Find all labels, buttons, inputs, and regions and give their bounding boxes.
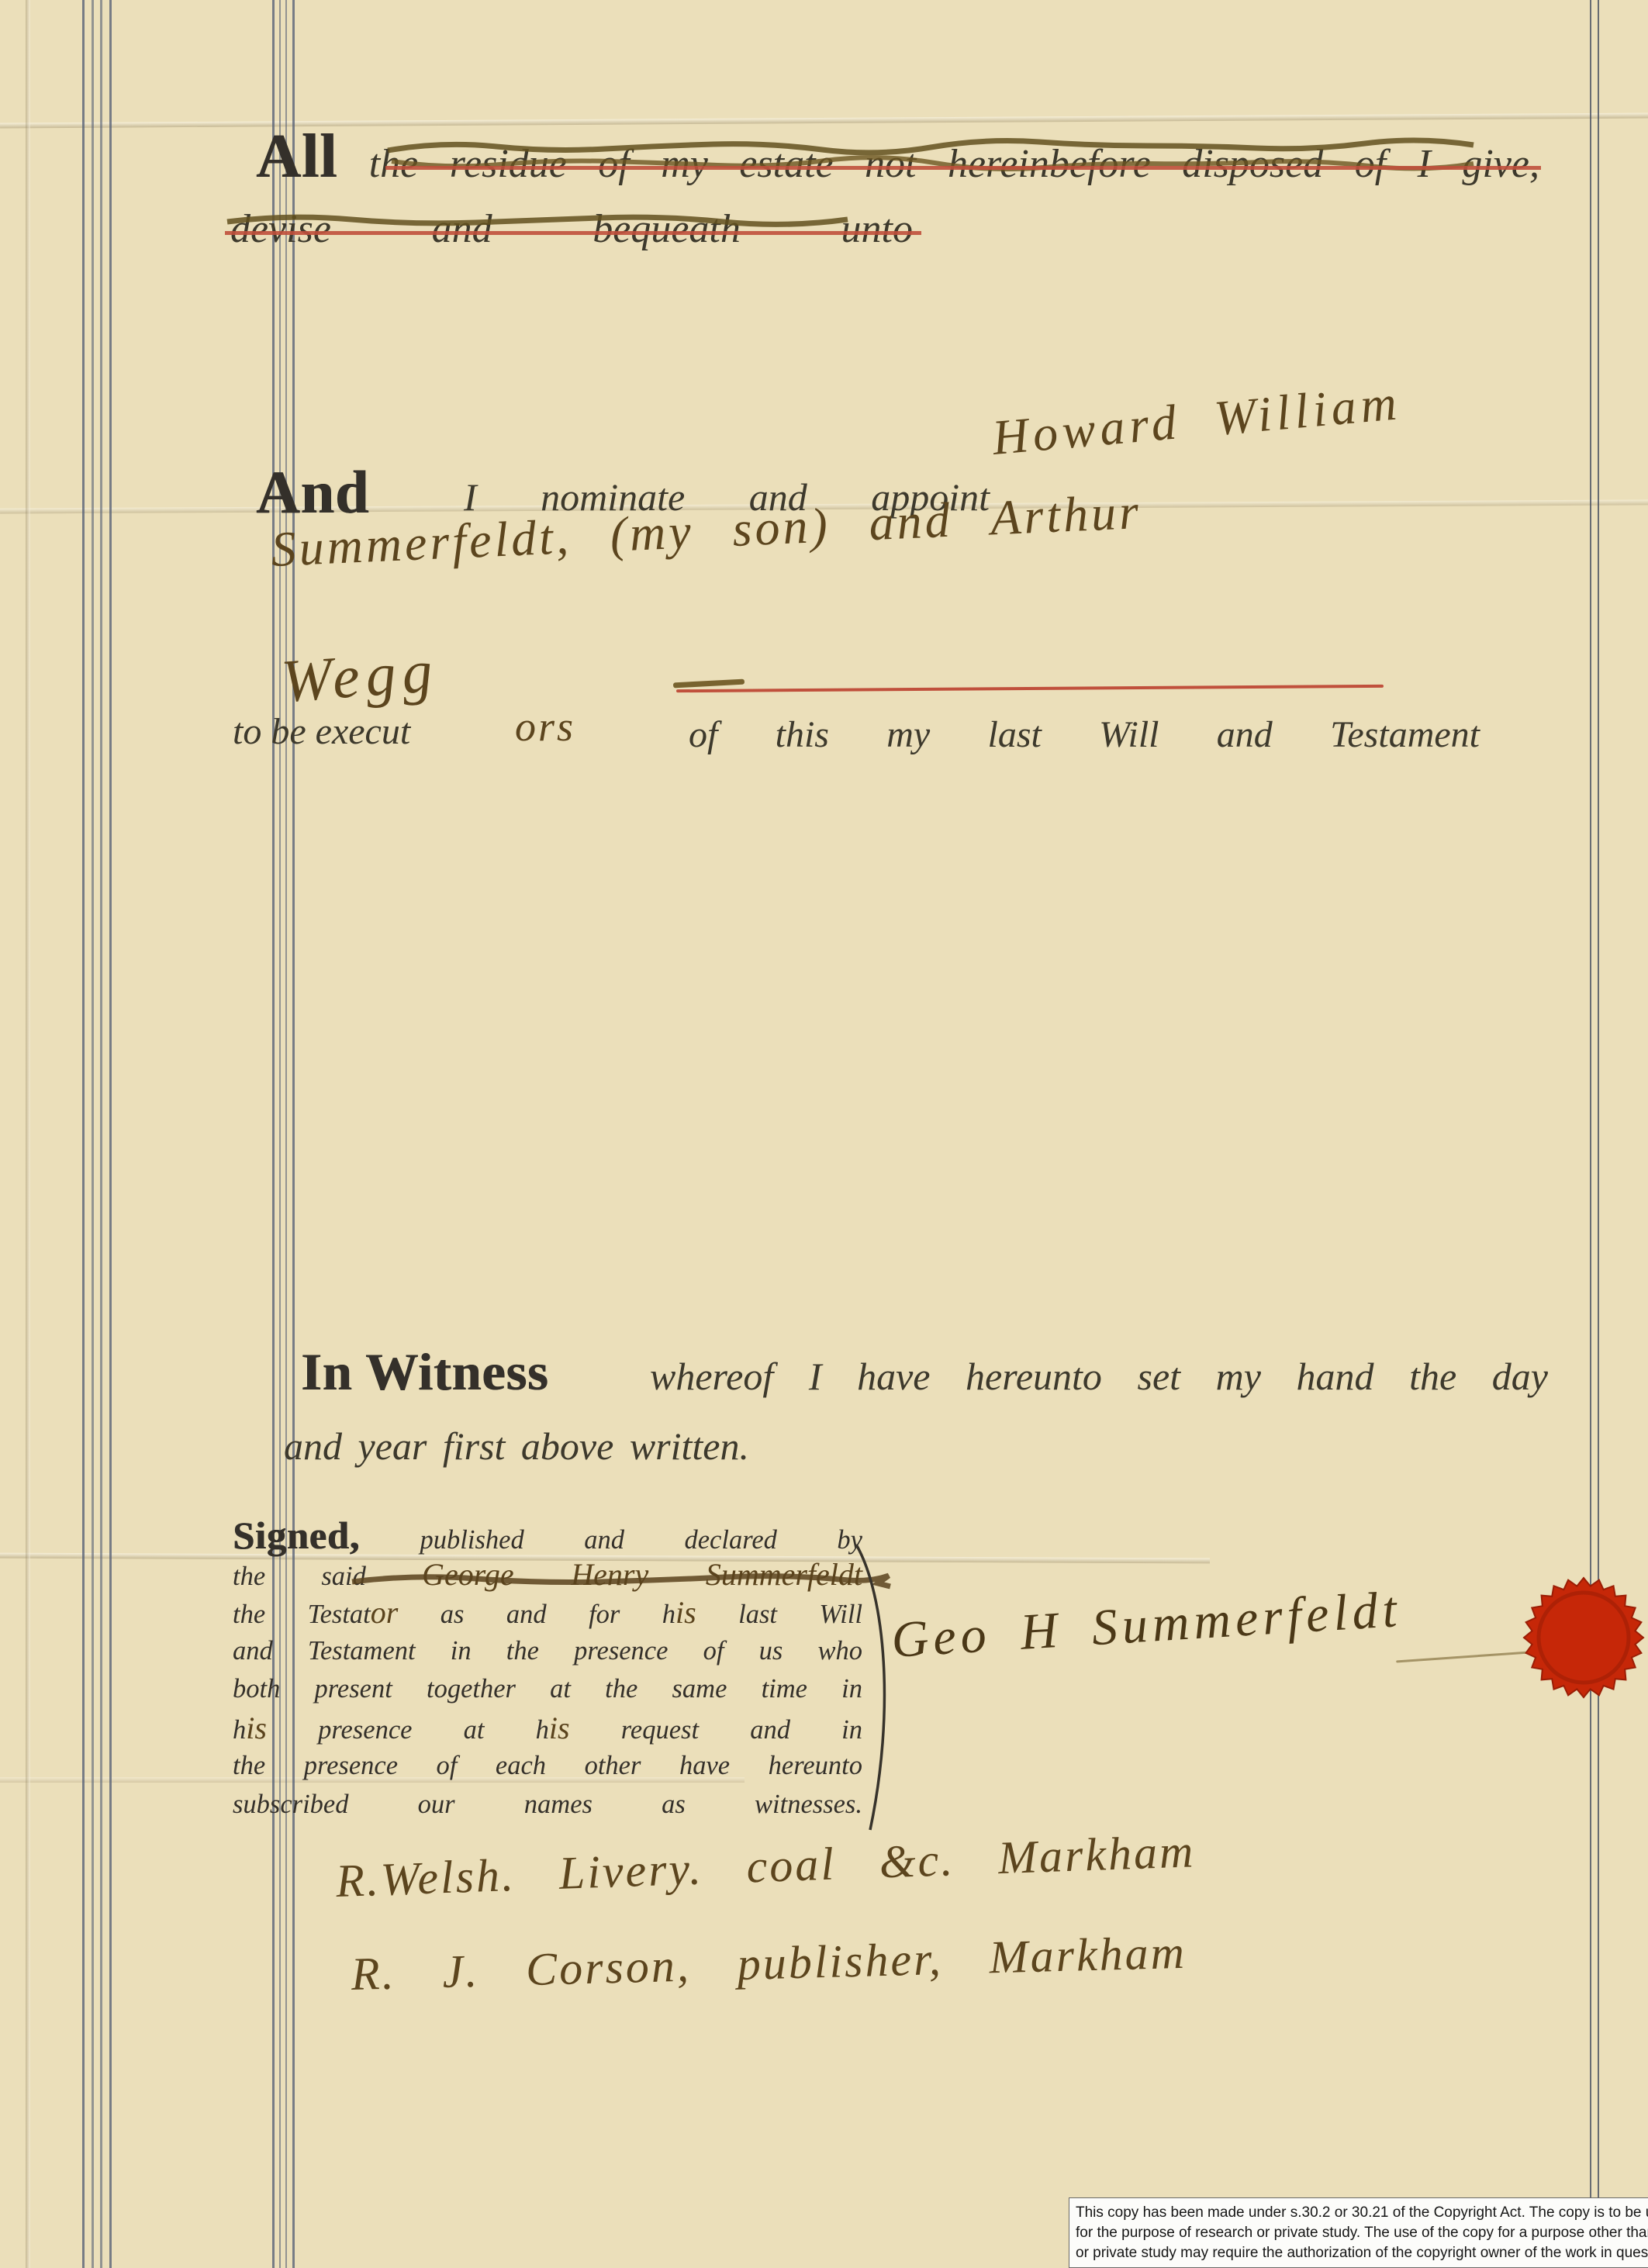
handwritten-executor-name-1: Howard William <box>990 374 1404 467</box>
in-witness-rest: whereof I have hereunto set my hand the … <box>650 1351 1548 1402</box>
attest-l8: subscribed our names as witnesses. <box>233 1790 862 1819</box>
stripe-line <box>100 0 102 2268</box>
ink-strikethrough-line1 <box>384 138 1547 177</box>
attestation-block: Signed, published and declared by the sa… <box>233 1517 862 1824</box>
attest-l4: and Testament in the presence of us who <box>233 1636 862 1666</box>
stripe-line <box>279 0 281 2268</box>
attest-l6e: request and in <box>621 1715 862 1745</box>
executors-prefix: to be execut <box>233 710 410 753</box>
witness-signature-2: R. J. Corson, publisher, Markham <box>351 1926 1187 2001</box>
copyright-stamp-line3: or private study may require the authori… <box>1076 2243 1642 2263</box>
attestation-line-1: Signed, published and declared by <box>233 1517 862 1555</box>
copyright-stamp-line1: This copy has been made under s.30.2 or … <box>1076 2203 1642 2223</box>
copyright-stamp: This copy has been made under s.30.2 or … <box>1069 2197 1648 2268</box>
ink-strikethrough-testator-name <box>349 1566 892 1594</box>
red-fill-line-after-wegg <box>676 685 1384 692</box>
attest-l6a: h <box>233 1715 246 1745</box>
attestation-line-4: and Testament in the presence of us who <box>233 1632 862 1671</box>
stripe-line <box>285 0 287 2268</box>
red-strike-line1 <box>385 166 1541 170</box>
attestation-line-7: the presence of each other have hereunto <box>233 1747 862 1786</box>
red-strike-line2 <box>225 231 921 235</box>
red-wax-seal <box>1520 1574 1647 1701</box>
attest-l3d-hw: is <box>675 1595 696 1630</box>
attest-l6d-hw: is <box>549 1710 570 1745</box>
stripe-line <box>292 0 295 2268</box>
lead-words-in-witness: In Witness <box>301 1341 548 1403</box>
lead-word-all: All <box>256 123 337 191</box>
will-document-page: All the residue of my estate not hereinb… <box>0 0 1648 2268</box>
copyright-stamp-line2: for the purpose of research or private s… <box>1076 2223 1642 2243</box>
attestation-line-3: the Testator as and for his last Will <box>233 1593 862 1632</box>
lead-word-signed: Signed, <box>233 1514 360 1557</box>
executors-rest-span: of this my last Will and Testament <box>689 714 1480 755</box>
attest-l6c: presence at h <box>318 1715 549 1745</box>
stripe-line <box>1598 0 1599 2268</box>
ink-dash-after-wegg <box>673 679 745 689</box>
stripe-line <box>1590 0 1591 2268</box>
attest-l3b-hw: or <box>371 1595 399 1630</box>
stripe-line <box>272 0 275 2268</box>
testator-signature: Geo H Summerfeldt <box>890 1580 1403 1670</box>
executors-handwritten-ors: ors <box>515 702 575 751</box>
ink-strikethrough-line2 <box>223 211 925 243</box>
attestation-brace <box>844 1541 914 1840</box>
attest-l6b-hw: is <box>246 1710 267 1745</box>
attestation-line-8: subscribed our names as witnesses. <box>233 1786 862 1824</box>
fold-crease-left-edge <box>26 0 30 2268</box>
fold-crease-top <box>0 113 1648 129</box>
attest-l5: both present together at the same time i… <box>233 1674 862 1704</box>
attest-l1-text: published and declared by <box>420 1525 862 1555</box>
in-witness-line2: and year first above written. <box>284 1424 749 1469</box>
stripe-line <box>109 0 112 2268</box>
executors-rest: of this my last Will and Testament <box>689 710 1480 760</box>
stripe-line <box>92 0 94 2268</box>
attest-l3c: as and for h <box>441 1600 675 1629</box>
stripe-line <box>82 0 85 2268</box>
attest-l3a: the Testat <box>233 1600 371 1629</box>
attestation-line-6: his presence at his request and in <box>233 1709 862 1748</box>
attest-l2-printed: the said <box>233 1562 366 1591</box>
attestation-line-5: both present together at the same time i… <box>233 1670 862 1709</box>
witness-signature-1: R.Welsh. Livery. coal &c. Markham <box>335 1824 1196 1908</box>
attest-l7: the presence of each other have hereunto <box>233 1751 862 1780</box>
in-witness-rest-span: whereof I have hereunto set my hand the … <box>650 1355 1548 1398</box>
handwritten-executor-name-3: Wegg <box>279 636 441 716</box>
